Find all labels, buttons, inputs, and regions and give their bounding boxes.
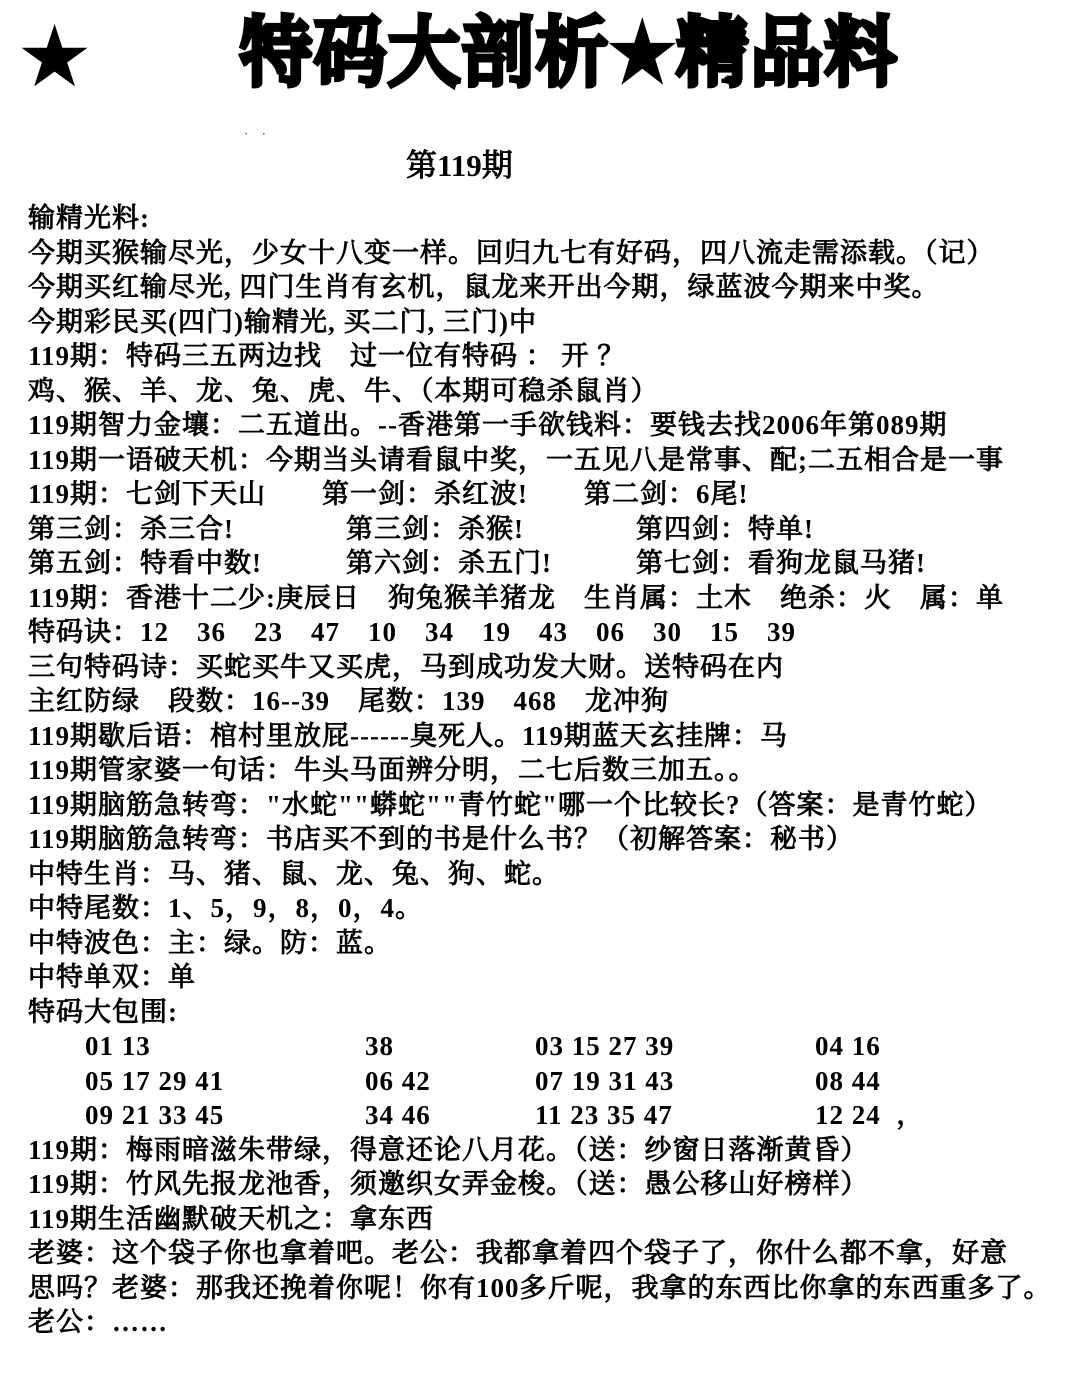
text-line: 主红防绿 段数：16--39 尾数：139 468 龙冲狗 [28, 684, 1066, 719]
text-line-numbers: 特码诀：12 36 23 47 10 34 19 43 06 30 15 39 [28, 615, 1066, 650]
text-line: 思吗？老婆：那我还挽着你呢！你有100多斤呢，我拿的东西比你拿的东西重多了。 [28, 1271, 1066, 1306]
text-line: 中特尾数：1、5，9，8，0，4。 [28, 891, 1066, 926]
grid-label: 特码大包围: [28, 995, 1066, 1030]
text-line: 119期歇后语：棺村里放屁------臭死人。119期蓝天玄挂牌：马 [28, 719, 1066, 754]
text-line: 中特生肖：马、猪、鼠、龙、兔、狗、蛇。 [28, 857, 1066, 892]
grid-cell: 03 15 27 39 [535, 1029, 815, 1064]
text-line: 119期智力金壤：二五道出。--香港第一手欲钱料：要钱去找2006年第089期 [28, 408, 1066, 443]
text-line-swords-2: 第三剑：杀三合! 第三剑：杀猴! 第四剑：特单! [28, 512, 1066, 547]
grid-cell: 34 46 [365, 1098, 535, 1133]
text-line: 119期：竹风先报龙池香，须邀织女弄金梭。（送：愚公移山好榜样） [28, 1167, 1066, 1202]
grid-cell: 04 16 [815, 1029, 1066, 1064]
grid-cell: 06 42 [365, 1064, 535, 1099]
text-line: 三句特码诗：买蛇买牛又买虎，马到成功发大财。送特码在内 [28, 650, 1066, 685]
text-line: 中特波色：主：绿。防：蓝。 [28, 926, 1066, 961]
text-line: 今期买猴输尽光，少女十八变一样。回归九七有好码，四八流走需添载。（记） [28, 236, 1066, 271]
text-line-heading: 输精光料: [28, 201, 1066, 236]
text-line: 119期脑筋急转弯："水蛇""蟒蛇""青竹蛇"哪一个比较长?（答案：是青竹蛇） [28, 788, 1066, 823]
tip-sheet-body: 输精光料: 今期买猴输尽光，少女十八变一样。回归九七有好码，四八流走需添载。（记… [28, 201, 1066, 1340]
grid-cell: 12 24 ， [815, 1098, 1066, 1133]
text-line: 今期买红输尽光, 四门生肖有玄机，鼠龙来开出今期，绿蓝波今期来中奖。 [28, 270, 1066, 305]
grid-cell: 11 23 35 47 [535, 1098, 815, 1133]
number-grid: 01 13 38 03 15 27 39 04 16 05 17 29 41 0… [28, 1029, 1066, 1133]
text-line: 119期：香港十二少:庚辰日 狗兔猴羊猪龙 生肖属：土木 绝杀：火 属：单 [28, 581, 1066, 616]
grid-cell: 38 [365, 1029, 535, 1064]
star-icon: ★ [16, 14, 93, 100]
grid-row: 05 17 29 41 06 42 07 19 31 43 08 44 [85, 1064, 1066, 1099]
issue-number: 第119期 [406, 140, 513, 185]
grid-cell: 08 44 [815, 1064, 1066, 1099]
text-line: 老公：…… [28, 1305, 1066, 1340]
grid-cell: 09 21 33 45 [85, 1098, 365, 1133]
text-line: 119期：梅雨暗滋朱带绿，得意还论八月花。（送：纱窗日落渐黄昏） [28, 1133, 1066, 1168]
text-line: 中特单双：单 [28, 960, 1066, 995]
text-line-swords-1: 119期：七剑下天山 第一剑：杀红波! 第二剑：6尾! [28, 477, 1066, 512]
text-line: 119期管家婆一句话：牛头马面辨分明，二七后数三加五。。 [28, 753, 1066, 788]
smudge-dots: · · [244, 126, 271, 142]
grid-cell: 05 17 29 41 [85, 1064, 365, 1099]
document-page: ★ 特码大剖析★精品料 · · 第119期 输精光料: 今期买猴输尽光，少女十八… [0, 0, 1080, 1382]
text-line: 今期彩民买(四门)输精光, 买二门, 三门)中 [28, 305, 1066, 340]
grid-cell: 01 13 [85, 1029, 365, 1064]
page-title: 特码大剖析★精品料 [240, 8, 899, 98]
grid-row: 01 13 38 03 15 27 39 04 16 [85, 1029, 1066, 1064]
grid-row: 09 21 33 45 34 46 11 23 35 47 12 24 ， [85, 1098, 1066, 1133]
masthead: ★ 特码大剖析★精品料 · · 第119期 [0, 0, 1080, 200]
text-line: 119期一语破天机：今期当头请看鼠中奖，一五见八是常事、配;二五相合是一事 [28, 443, 1066, 478]
text-line-swords-3: 第五剑：特看中数! 第六剑：杀五门! 第七剑：看狗龙鼠马猪! [28, 546, 1066, 581]
text-line: 119期生活幽默破天机之：拿东西 [28, 1202, 1066, 1237]
text-line: 老婆：这个袋子你也拿着吧。老公：我都拿着四个袋子了，你什么都不拿，好意 [28, 1236, 1066, 1271]
text-line: 119期：特码三五两边找 过一位有特码 ： 开 ？ [28, 339, 1066, 374]
grid-cell: 07 19 31 43 [535, 1064, 815, 1099]
text-line: 鸡、猴、羊、龙、兔、虎、牛、（本期可稳杀鼠肖） [28, 374, 1066, 409]
text-line: 119期脑筋急转弯：书店买不到的书是什么书？（初解答案：秘书） [28, 822, 1066, 857]
